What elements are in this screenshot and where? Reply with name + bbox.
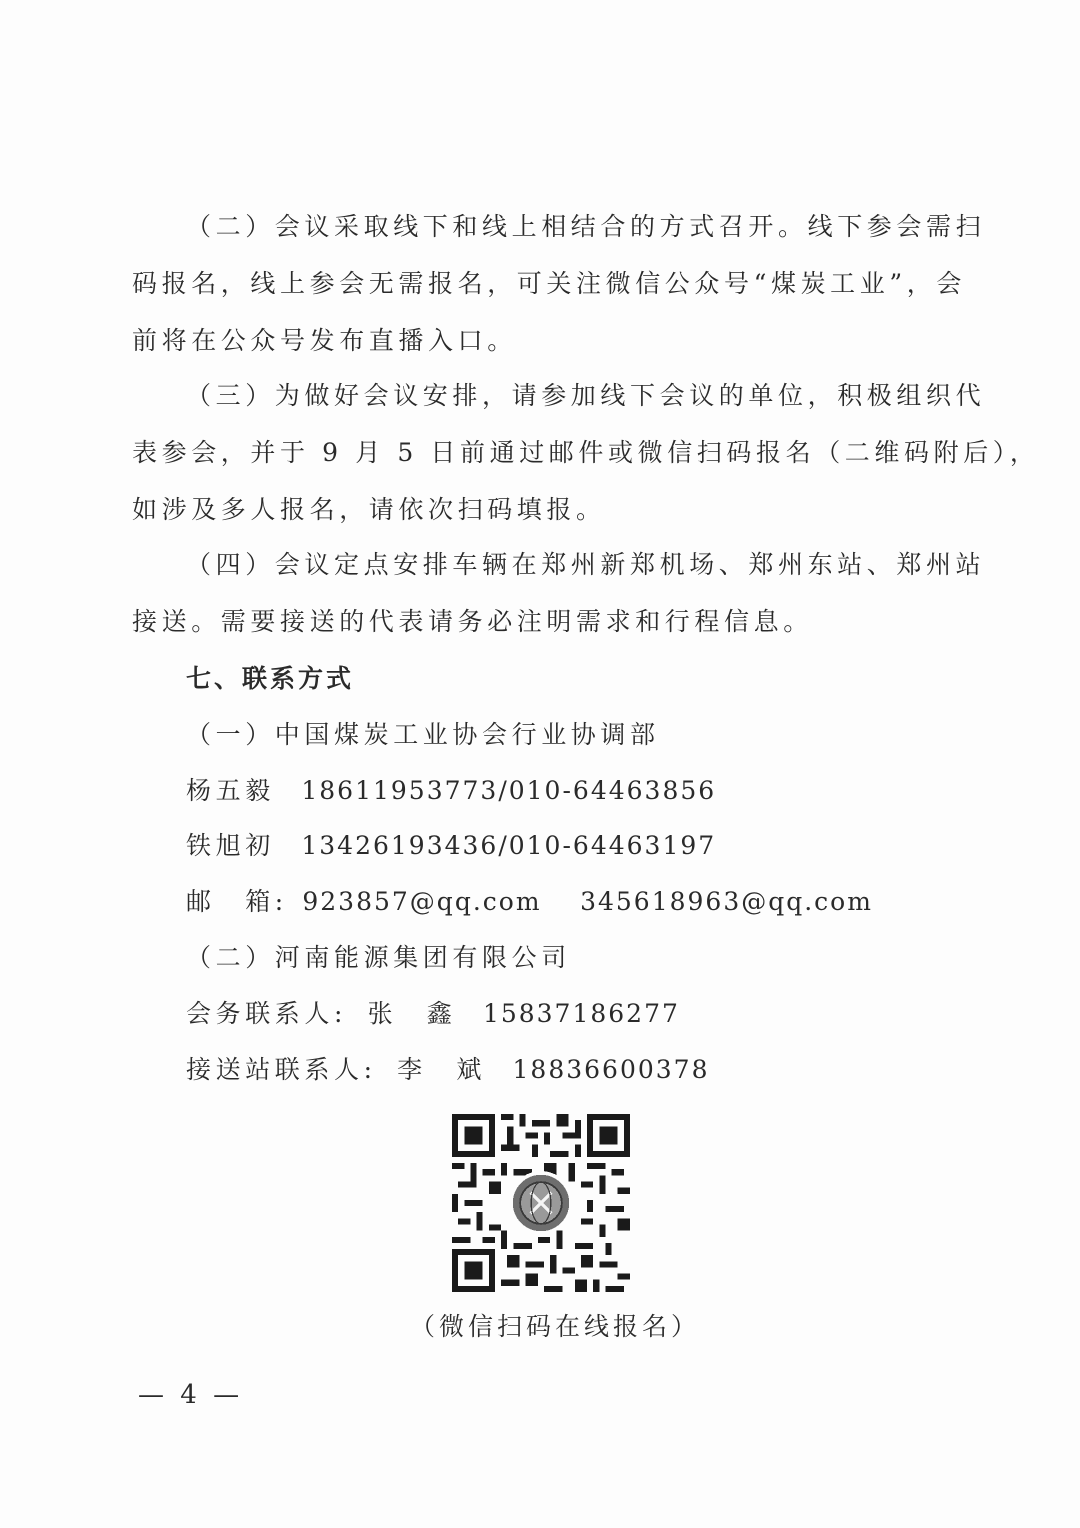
contact-row-2: 铁旭初 13426193436/010-64463197: [186, 831, 716, 861]
section-heading-contact: 七、联系方式: [186, 664, 354, 694]
email-2: 345618963@qq.com: [580, 887, 873, 916]
contact-name: 铁旭初: [186, 831, 275, 860]
qr-caption: （微信扫码在线报名）: [410, 1310, 700, 1344]
paragraph-2-line-3: 前将在公众号发布直播入口。: [132, 326, 517, 356]
contact-phone: 13426193436/010-64463197: [301, 831, 716, 860]
paragraph-2-line-2: 码报名，线上参会无需报名，可关注微信公众号“煤炭工业”，会: [132, 269, 966, 299]
station-contact-label: 接送站联系人:: [186, 1055, 377, 1084]
meeting-contact-row: 会务联系人: 张 鑫 15837186277: [186, 999, 680, 1029]
document-page: （二）会议采取线下和线上相结合的方式召开。线下参会需扫 码报名，线上参会无需报名…: [0, 0, 1080, 1528]
paragraph-3-line-3: 如涉及多人报名，请依次扫码填报。: [132, 495, 606, 525]
paragraph-3-line-1: （三）为做好会议安排，请参加线下会议的单位，积极组织代: [186, 381, 985, 411]
qr-code-icon[interactable]: [452, 1114, 630, 1292]
contact-row-1: 杨五毅 18611953773/010-64463856: [186, 776, 716, 806]
qr-code-graphic: [452, 1114, 630, 1292]
station-contact-name: 李 斌: [397, 1055, 486, 1084]
paragraph-2-line-1: （二）会议采取线下和线上相结合的方式召开。线下参会需扫: [186, 212, 985, 242]
org-2-title: （二）河南能源集团有限公司: [186, 943, 571, 973]
email-1: 923857@qq.com: [302, 887, 541, 916]
station-contact-phone: 18836600378: [513, 1055, 710, 1084]
contact-name: 杨五毅: [186, 776, 275, 805]
email-label: 邮 箱:: [186, 887, 288, 916]
contact-phone: 18611953773/010-64463856: [301, 776, 716, 805]
paragraph-3-line-2: 表参会，并于 9 月 5 日前通过邮件或微信扫码报名（二维码附后），: [132, 438, 1040, 468]
email-row: 邮 箱: 923857@qq.com 345618963@qq.com: [186, 887, 873, 917]
station-contact-row: 接送站联系人: 李 斌 18836600378: [186, 1055, 710, 1085]
meeting-contact-name: 张 鑫: [368, 999, 457, 1028]
meeting-contact-phone: 15837186277: [483, 999, 680, 1028]
page-number: — 4 —: [138, 1378, 243, 1412]
paragraph-4-line-2: 接送。需要接送的代表请务必注明需求和行程信息。: [132, 607, 813, 637]
meeting-contact-label: 会务联系人:: [186, 999, 347, 1028]
org-1-title: （一）中国煤炭工业协会行业协调部: [186, 720, 660, 750]
paragraph-4-line-1: （四）会议定点安排车辆在郑州新郑机场、郑州东站、郑州站: [186, 550, 985, 580]
